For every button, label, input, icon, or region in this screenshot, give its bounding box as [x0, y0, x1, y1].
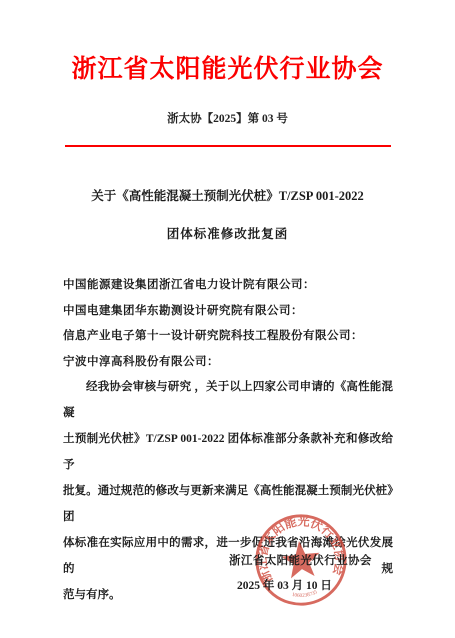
document-page: 浙江省太阳能光伏行业协会 浙太协【2025】第 03 号 关于《高性能混凝土预制…	[0, 0, 455, 638]
association-title: 浙江省太阳能光伏行业协会	[0, 49, 455, 85]
document-number: 浙太协【2025】第 03 号	[0, 110, 455, 126]
body-line: 经我协会审核与研究 ，关于以上四家公司申请的《高性能混凝	[63, 374, 393, 426]
document-title-line1: 关于《高性能混凝土预制光伏桩》T/ZSP 001-2022	[0, 186, 455, 204]
red-divider-rule	[65, 145, 391, 147]
recipient-line: 信息产业电子第十一设计研究院科技工程股份有限公司：	[63, 324, 395, 350]
recipient-list: 中国能源建设集团浙江省电力设计院有限公司： 中国电建集团华东勘测设计研究院有限公…	[63, 273, 395, 375]
recipient-line: 中国电建集团华东勘测设计研究院有限公司：	[63, 299, 395, 325]
body-line: 土预制光伏桩》T/ZSP 001-2022 团体标准部分条款补充和修改给予	[63, 426, 393, 478]
signature-date: 2025 年 03 月 10 日	[237, 577, 332, 593]
signature-organization: 浙江省太阳能光伏行业协会	[229, 552, 372, 568]
document-title-line2: 团体标准修改批复函	[0, 224, 455, 242]
recipient-line: 宁波中淳高科股份有限公司：	[63, 350, 395, 376]
recipient-line: 中国能源建设集团浙江省电力设计院有限公司：	[63, 273, 395, 299]
